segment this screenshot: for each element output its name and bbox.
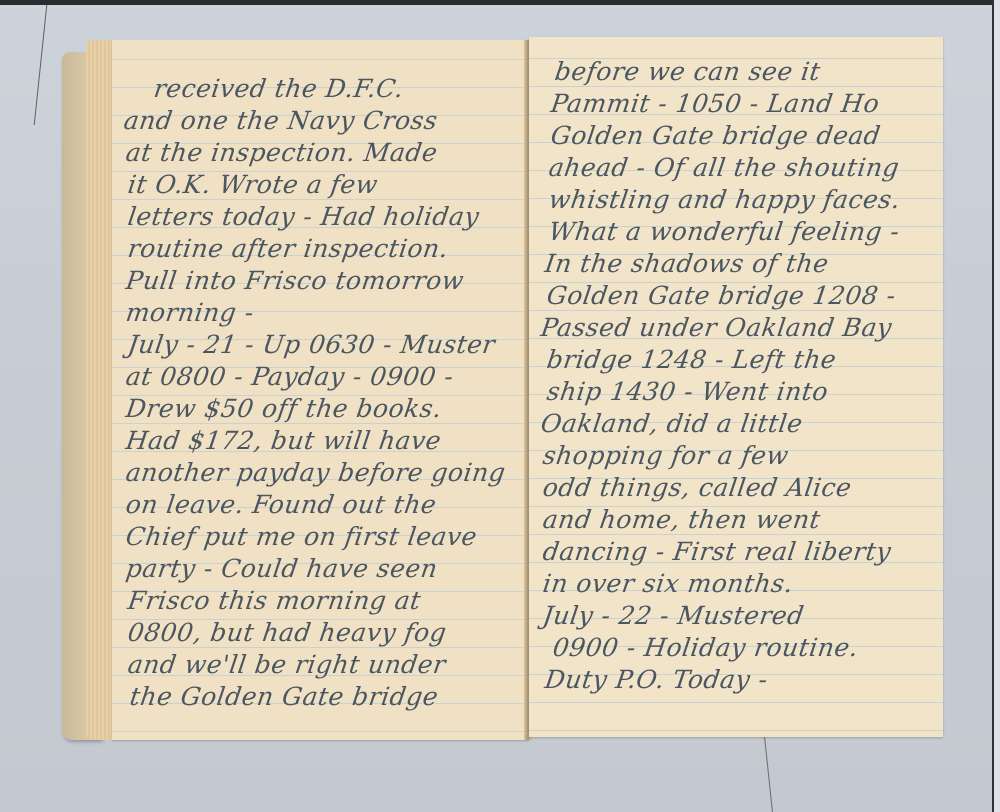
handwritten-line: and one the Navy Cross: [122, 106, 440, 135]
handwritten-line: Golden Gate bridge dead: [549, 121, 883, 150]
handwritten-line: letters today - Had holiday: [126, 202, 481, 231]
handwritten-line: it O.K. Wrote a few: [126, 170, 380, 199]
handwritten-line: whistling and happy faces.: [547, 185, 902, 214]
handwritten-line: Oakland, did a little: [539, 409, 805, 438]
diary-page-left: received the D.F.C. and one the Navy Cro…: [112, 40, 529, 740]
handwritten-line: at 0800 - Payday - 0900 -: [124, 362, 456, 391]
handwritten-line: Pull into Frisco tomorrow: [124, 266, 466, 295]
handwritten-line: on leave. Found out the: [124, 490, 438, 519]
handwritten-line: What a wonderful feeling -: [547, 217, 902, 246]
handwritten-line: 0800, but had heavy fog: [126, 618, 448, 647]
handwritten-line: July - 22 - Mustered: [541, 601, 806, 630]
handwritten-line: Pammit - 1050 - Land Ho: [549, 89, 881, 118]
handwritten-line: Drew $50 off the books.: [124, 394, 444, 423]
handwritten-line: shopping for a few: [541, 441, 791, 470]
diary-page-right: before we can see it Pammit - 1050 - Lan…: [529, 37, 943, 737]
handwritten-line: the Golden Gate bridge: [128, 682, 440, 711]
handwritten-line: routine after inspection.: [126, 234, 450, 263]
handwritten-line: morning -: [124, 298, 256, 327]
handwritten-line: another payday before going: [124, 458, 507, 487]
handwritten-line: bridge 1248 - Left the: [545, 345, 838, 374]
handwritten-line: Had $172, but will have: [124, 426, 443, 455]
handwritten-line: Frisco this morning at: [126, 586, 423, 615]
handwritten-line: dancing - First real liberty: [541, 537, 893, 566]
handwritten-line: party - Could have seen: [124, 554, 440, 583]
handwritten-line: Duty P.O. Today -: [543, 665, 770, 694]
handwritten-line: 0900 - Holiday routine.: [551, 633, 860, 662]
handwritten-line: Golden Gate bridge 1208 -: [545, 281, 898, 310]
handwritten-line: at the inspection. Made: [124, 138, 439, 167]
handwritten-line: ahead - Of all the shouting: [547, 153, 901, 182]
handwritten-line: in over six months.: [541, 569, 795, 598]
handwritten-line: Passed under Oakland Bay: [539, 313, 894, 342]
handwritten-line: received the D.F.C.: [152, 74, 406, 103]
handwritten-line: ship 1430 - Went into: [545, 377, 830, 406]
handwritten-line: odd things, called Alice: [541, 473, 854, 502]
handwritten-line: Chief put me on first leave: [124, 522, 479, 551]
handwritten-line: July - 21 - Up 0630 - Muster: [126, 330, 497, 359]
handwritten-line: In the shadows of the: [543, 249, 831, 278]
scanner-right-edge: [992, 0, 1000, 812]
handwritten-line: and we'll be right under: [126, 650, 448, 679]
handwritten-line: and home, then went: [541, 505, 822, 534]
handwritten-line: before we can see it: [553, 57, 822, 86]
